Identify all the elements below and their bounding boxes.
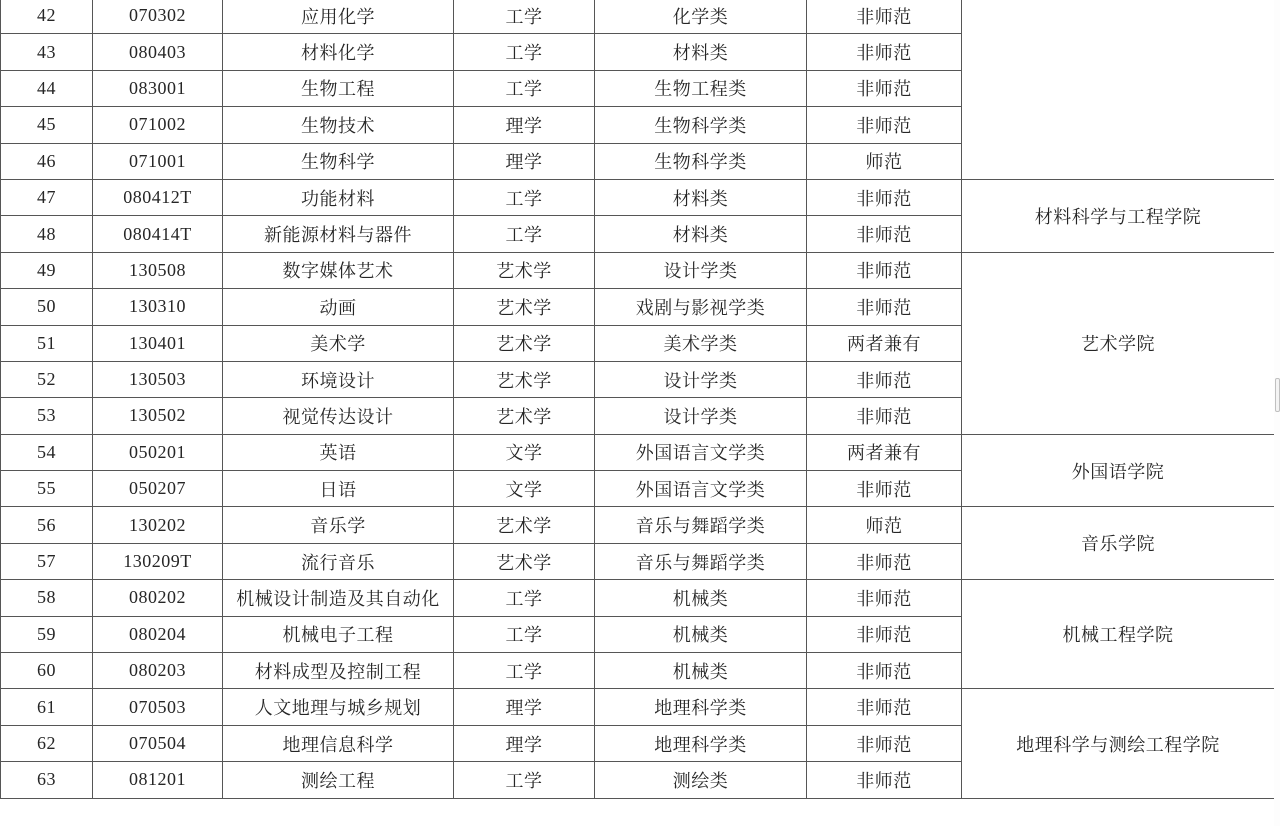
teacher-type-cell: 非师范	[807, 543, 962, 579]
row-number-cell: 51	[1, 325, 93, 361]
degree-type-cell: 理学	[454, 725, 595, 761]
degree-type-cell: 艺术学	[454, 289, 595, 325]
teacher-type-cell: 非师范	[807, 289, 962, 325]
row-number-cell: 45	[1, 107, 93, 143]
major-category-cell: 机械类	[595, 580, 807, 616]
degree-type-cell: 工学	[454, 34, 595, 70]
major-name-cell: 人文地理与城乡规划	[223, 689, 454, 725]
major-category-cell: 材料类	[595, 216, 807, 252]
table-row: 47 080412T 功能材料 工学 材料类 非师范 材料科学与工程学院	[1, 179, 1275, 215]
table-row: 56 130202 音乐学 艺术学 音乐与舞蹈学类 师范 音乐学院	[1, 507, 1275, 543]
major-name-cell: 英语	[223, 434, 454, 470]
degree-type-cell: 工学	[454, 762, 595, 798]
major-code-cell: 130310	[93, 289, 223, 325]
major-code-cell: 130202	[93, 507, 223, 543]
degree-type-cell: 艺术学	[454, 398, 595, 434]
major-code-cell: 071001	[93, 143, 223, 179]
major-name-cell: 生物技术	[223, 107, 454, 143]
major-category-cell: 外国语言文学类	[595, 434, 807, 470]
major-name-cell: 生物工程	[223, 70, 454, 106]
major-name-cell: 环境设计	[223, 361, 454, 397]
row-number-cell: 59	[1, 616, 93, 652]
teacher-type-cell: 非师范	[807, 762, 962, 798]
major-name-cell: 机械设计制造及其自动化	[223, 580, 454, 616]
major-name-cell: 功能材料	[223, 179, 454, 215]
degree-type-cell: 文学	[454, 471, 595, 507]
major-code-cell: 130508	[93, 252, 223, 288]
major-category-cell: 地理科学类	[595, 689, 807, 725]
teacher-type-cell: 非师范	[807, 398, 962, 434]
degree-type-cell: 理学	[454, 689, 595, 725]
major-code-cell: 071002	[93, 107, 223, 143]
major-name-cell: 测绘工程	[223, 762, 454, 798]
major-category-cell: 测绘类	[595, 762, 807, 798]
major-name-cell: 美术学	[223, 325, 454, 361]
major-name-cell: 数字媒体艺术	[223, 252, 454, 288]
major-code-cell: 080204	[93, 616, 223, 652]
teacher-type-cell: 师范	[807, 143, 962, 179]
major-code-cell: 080202	[93, 580, 223, 616]
major-code-cell: 080203	[93, 653, 223, 689]
major-code-cell: 130502	[93, 398, 223, 434]
college-cell: 地理科学与测绘工程学院	[962, 689, 1275, 798]
row-number-cell: 53	[1, 398, 93, 434]
degree-type-cell: 理学	[454, 143, 595, 179]
major-category-cell: 生物工程类	[595, 70, 807, 106]
row-number-cell: 46	[1, 143, 93, 179]
major-name-cell: 材料成型及控制工程	[223, 653, 454, 689]
major-code-cell: 070503	[93, 689, 223, 725]
teacher-type-cell: 非师范	[807, 179, 962, 215]
major-category-cell: 戏剧与影视学类	[595, 289, 807, 325]
major-code-cell: 070302	[93, 0, 223, 34]
teacher-type-cell: 非师范	[807, 70, 962, 106]
teacher-type-cell: 非师范	[807, 616, 962, 652]
major-category-cell: 美术学类	[595, 325, 807, 361]
row-number-cell: 43	[1, 34, 93, 70]
row-number-cell: 49	[1, 252, 93, 288]
teacher-type-cell: 非师范	[807, 725, 962, 761]
degree-type-cell: 工学	[454, 179, 595, 215]
degree-type-cell: 艺术学	[454, 252, 595, 288]
table-row: 49 130508 数字媒体艺术 艺术学 设计学类 非师范 艺术学院	[1, 252, 1275, 288]
table-row: 42 070302 应用化学 工学 化学类 非师范	[1, 0, 1275, 34]
teacher-type-cell: 非师范	[807, 107, 962, 143]
teacher-type-cell: 非师范	[807, 689, 962, 725]
row-number-cell: 47	[1, 179, 93, 215]
major-code-cell: 080412T	[93, 179, 223, 215]
row-number-cell: 62	[1, 725, 93, 761]
teacher-type-cell: 非师范	[807, 252, 962, 288]
teacher-type-cell: 非师范	[807, 361, 962, 397]
degree-type-cell: 艺术学	[454, 507, 595, 543]
teacher-type-cell: 非师范	[807, 0, 962, 34]
college-cell: 机械工程学院	[962, 580, 1275, 689]
college-cell	[962, 0, 1275, 179]
degree-type-cell: 文学	[454, 434, 595, 470]
major-category-cell: 机械类	[595, 653, 807, 689]
major-code-cell: 081201	[93, 762, 223, 798]
row-number-cell: 56	[1, 507, 93, 543]
major-category-cell: 音乐与舞蹈学类	[595, 543, 807, 579]
major-name-cell: 应用化学	[223, 0, 454, 34]
document-sheet: 42 070302 应用化学 工学 化学类 非师范 43 080403 材料化学…	[0, 0, 1275, 799]
table-row: 61 070503 人文地理与城乡规划 理学 地理科学类 非师范 地理科学与测绘…	[1, 689, 1275, 725]
major-name-cell: 流行音乐	[223, 543, 454, 579]
major-name-cell: 新能源材料与器件	[223, 216, 454, 252]
vertical-scrollbar-track[interactable]	[1274, 0, 1280, 826]
degree-type-cell: 艺术学	[454, 325, 595, 361]
row-number-cell: 63	[1, 762, 93, 798]
row-number-cell: 48	[1, 216, 93, 252]
major-name-cell: 地理信息科学	[223, 725, 454, 761]
degree-type-cell: 艺术学	[454, 361, 595, 397]
row-number-cell: 57	[1, 543, 93, 579]
majors-table: 42 070302 应用化学 工学 化学类 非师范 43 080403 材料化学…	[0, 0, 1275, 799]
degree-type-cell: 工学	[454, 70, 595, 106]
college-cell: 外国语学院	[962, 434, 1275, 507]
teacher-type-cell: 两者兼有	[807, 325, 962, 361]
table-row: 54 050201 英语 文学 外国语言文学类 两者兼有 外国语学院	[1, 434, 1275, 470]
major-category-cell: 生物科学类	[595, 143, 807, 179]
major-code-cell: 130401	[93, 325, 223, 361]
major-category-cell: 音乐与舞蹈学类	[595, 507, 807, 543]
major-code-cell: 050201	[93, 434, 223, 470]
degree-type-cell: 工学	[454, 580, 595, 616]
major-category-cell: 生物科学类	[595, 107, 807, 143]
row-number-cell: 52	[1, 361, 93, 397]
row-number-cell: 54	[1, 434, 93, 470]
college-cell: 音乐学院	[962, 507, 1275, 580]
teacher-type-cell: 非师范	[807, 471, 962, 507]
major-code-cell: 080414T	[93, 216, 223, 252]
major-name-cell: 日语	[223, 471, 454, 507]
row-number-cell: 61	[1, 689, 93, 725]
row-number-cell: 42	[1, 0, 93, 34]
degree-type-cell: 工学	[454, 653, 595, 689]
teacher-type-cell: 非师范	[807, 34, 962, 70]
row-number-cell: 55	[1, 471, 93, 507]
teacher-type-cell: 非师范	[807, 216, 962, 252]
major-name-cell: 音乐学	[223, 507, 454, 543]
vertical-scrollbar-thumb[interactable]	[1275, 378, 1280, 412]
degree-type-cell: 工学	[454, 0, 595, 34]
major-category-cell: 设计学类	[595, 361, 807, 397]
row-number-cell: 44	[1, 70, 93, 106]
major-category-cell: 设计学类	[595, 398, 807, 434]
degree-type-cell: 艺术学	[454, 543, 595, 579]
teacher-type-cell: 两者兼有	[807, 434, 962, 470]
degree-type-cell: 工学	[454, 616, 595, 652]
teacher-type-cell: 非师范	[807, 653, 962, 689]
table-row: 58 080202 机械设计制造及其自动化 工学 机械类 非师范 机械工程学院	[1, 580, 1275, 616]
college-cell: 艺术学院	[962, 252, 1275, 434]
teacher-type-cell: 师范	[807, 507, 962, 543]
row-number-cell: 60	[1, 653, 93, 689]
major-name-cell: 生物科学	[223, 143, 454, 179]
major-name-cell: 机械电子工程	[223, 616, 454, 652]
row-number-cell: 58	[1, 580, 93, 616]
major-code-cell: 070504	[93, 725, 223, 761]
major-name-cell: 材料化学	[223, 34, 454, 70]
major-code-cell: 130209T	[93, 543, 223, 579]
major-category-cell: 机械类	[595, 616, 807, 652]
major-category-cell: 地理科学类	[595, 725, 807, 761]
major-category-cell: 设计学类	[595, 252, 807, 288]
major-code-cell: 130503	[93, 361, 223, 397]
major-code-cell: 083001	[93, 70, 223, 106]
major-category-cell: 材料类	[595, 34, 807, 70]
major-name-cell: 动画	[223, 289, 454, 325]
degree-type-cell: 理学	[454, 107, 595, 143]
major-category-cell: 化学类	[595, 0, 807, 34]
major-category-cell: 材料类	[595, 179, 807, 215]
row-number-cell: 50	[1, 289, 93, 325]
teacher-type-cell: 非师范	[807, 580, 962, 616]
degree-type-cell: 工学	[454, 216, 595, 252]
major-code-cell: 050207	[93, 471, 223, 507]
major-code-cell: 080403	[93, 34, 223, 70]
college-cell: 材料科学与工程学院	[962, 179, 1275, 252]
major-name-cell: 视觉传达设计	[223, 398, 454, 434]
major-category-cell: 外国语言文学类	[595, 471, 807, 507]
